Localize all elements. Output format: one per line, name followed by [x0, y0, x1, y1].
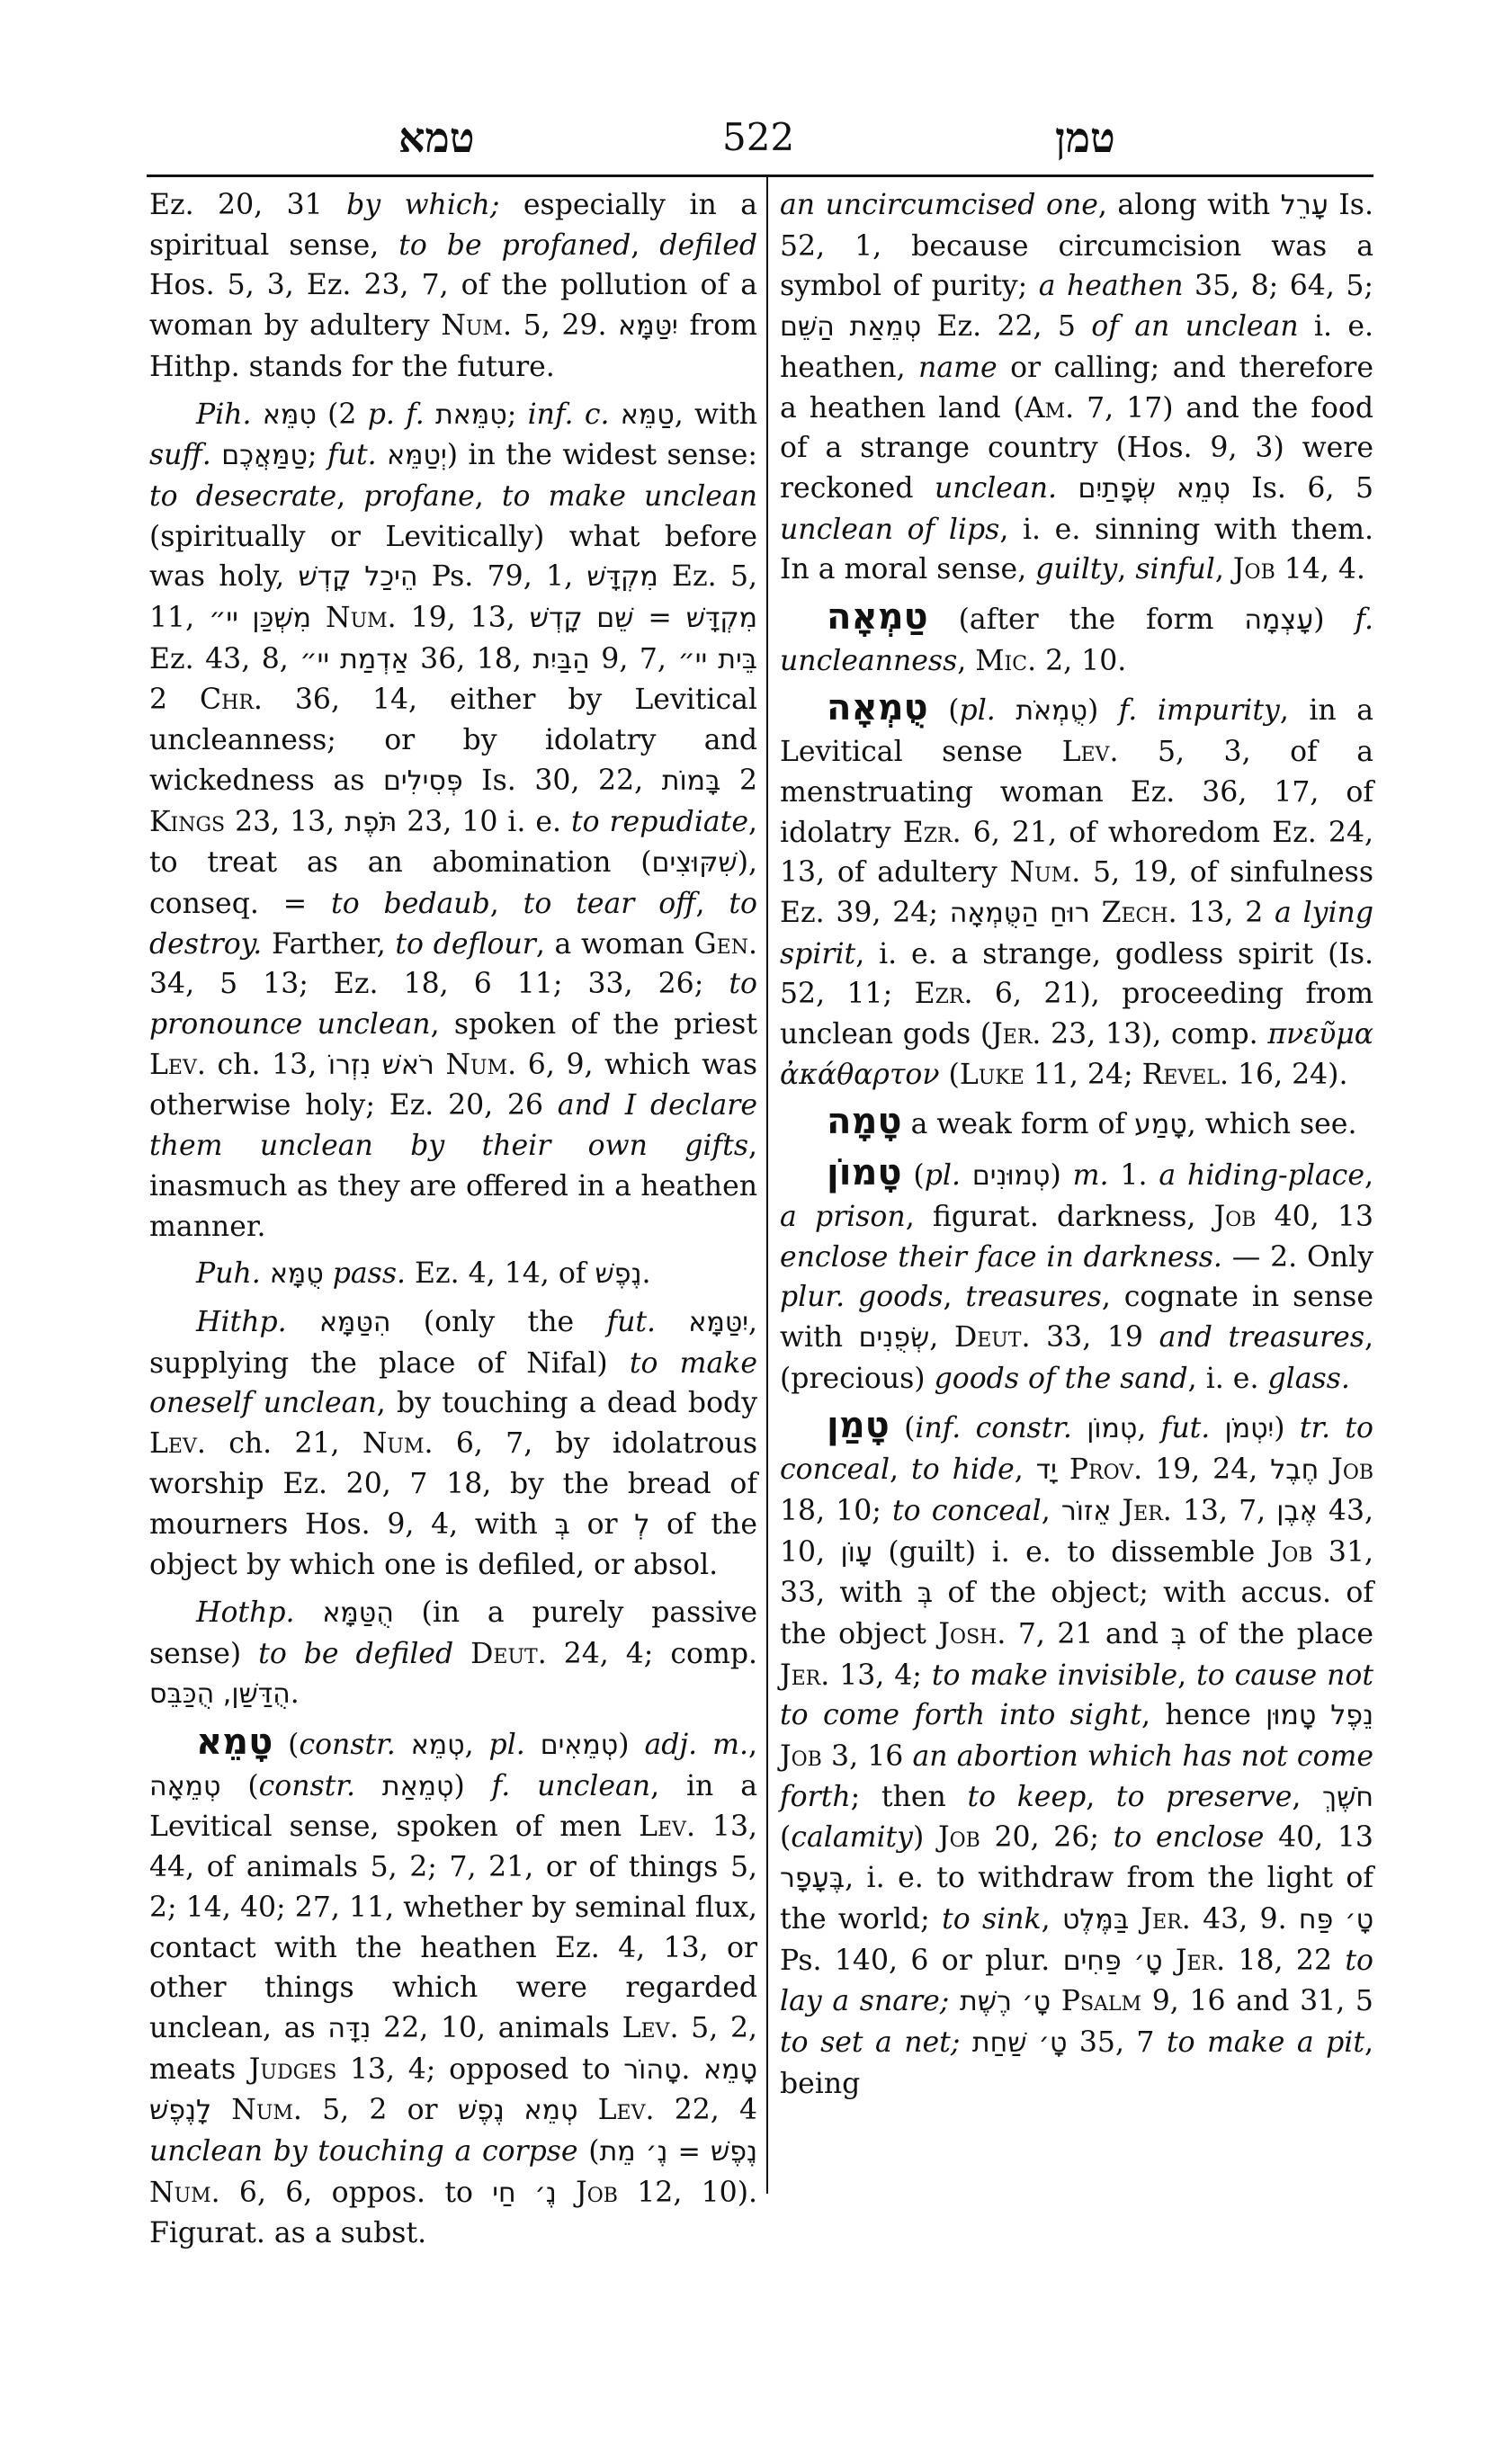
body-text: 23, 13, — [225, 806, 344, 838]
book-reference: Job — [1214, 1201, 1257, 1233]
column-divider — [766, 177, 768, 2194]
hebrew-term: טְמוֹן — [1087, 1413, 1137, 1444]
body-text: ( — [220, 1770, 258, 1802]
italic-gloss: and treasures — [1159, 1321, 1364, 1354]
italic-gloss: to repudiate — [571, 806, 748, 838]
italic-gloss: plur. goods — [780, 1281, 943, 1313]
book-reference: Jer — [991, 1018, 1032, 1051]
italic-gloss: by which; — [346, 189, 499, 221]
body-text — [1057, 1453, 1069, 1486]
body-text: ) — [1087, 694, 1119, 727]
body-text — [1057, 472, 1078, 505]
body-text — [425, 398, 435, 431]
hebrew-term: טַמַּאֲכֶם — [221, 440, 308, 471]
italic-gloss: Hothp. — [196, 1596, 295, 1629]
body-text: Ez. 4, 14, of — [406, 1257, 595, 1290]
italic-gloss: treasures — [965, 1281, 1101, 1313]
body-text: . 43, 9. — [1182, 1903, 1299, 1936]
body-text: Is. 30, 22, — [463, 765, 662, 797]
italic-gloss: to deflour — [395, 928, 535, 961]
book-reference: Revel — [1142, 1059, 1220, 1091]
hebrew-term: טִמֵּא — [263, 399, 317, 431]
italic-gloss: unclean. — [935, 472, 1057, 505]
italic-gloss: f. unclean — [492, 1770, 650, 1802]
hebrew-term: בֵּית יי״ — [677, 644, 757, 675]
headword-hebrew: טָמֵא — [196, 1721, 273, 1763]
book-reference: Num — [1010, 856, 1072, 889]
italic-gloss: to sink — [942, 1903, 1042, 1936]
book-reference: Num — [149, 2177, 211, 2209]
hebrew-term: פְּסִילִים — [383, 765, 463, 797]
italic-gloss: to be defiled — [258, 1638, 453, 1670]
headword-hebrew: טָמוֹן — [827, 1152, 902, 1194]
italic-gloss: to make unclean — [502, 480, 757, 513]
book-reference: Josh — [938, 1618, 997, 1650]
body-text: . 16, 24). — [1220, 1059, 1348, 1091]
body-text: 40, 13 — [1264, 1821, 1373, 1854]
italic-gloss: Hithp. — [196, 1306, 287, 1338]
hebrew-term: מִקְדָּשׁ — [686, 603, 757, 634]
italic-gloss: inf. c. — [528, 398, 610, 431]
body-text — [355, 1770, 382, 1802]
body-text — [261, 1257, 270, 1290]
book-reference: Num — [326, 602, 388, 634]
body-text: , — [1042, 1903, 1062, 1936]
body-text: . ch. 13, — [197, 1049, 328, 1081]
body-text — [311, 602, 326, 634]
book-reference: Num — [362, 1427, 425, 1460]
italic-gloss: to tear off — [523, 888, 696, 920]
body-text: , — [336, 480, 363, 513]
italic-gloss: a prison — [780, 1201, 906, 1233]
hebrew-term: יִטַּמָּא — [688, 1307, 748, 1338]
book-reference: Job — [1271, 1536, 1313, 1569]
book-reference: Lev — [598, 2094, 646, 2126]
body-text: Ps. 79, 1, — [417, 560, 586, 593]
hebrew-term: טְמֵא שְׂפָתַיִם — [1078, 473, 1230, 505]
body-text: . 22, 4 — [646, 2094, 758, 2126]
book-reference: Num — [441, 309, 503, 342]
book-reference: Deut — [954, 1321, 1022, 1354]
body-text: , — [1137, 1412, 1160, 1444]
italic-gloss: to make invisible — [932, 1659, 1177, 1692]
italic-gloss: to keep — [967, 1781, 1086, 1813]
italic-gloss: to bedaub — [331, 888, 490, 920]
body-text: Ez. 43, 8, — [149, 643, 300, 675]
hebrew-term: הֻדַּשַּׁן, הֻכַּבֵּס — [149, 1678, 291, 1710]
body-text — [211, 439, 221, 471]
body-text: 2 — [149, 684, 200, 716]
dictionary-entry-paragraph: טָמַן (inf. constr. טְמוֹן, fut. יִטְמֹן… — [780, 1406, 1373, 2104]
italic-gloss: unclean of lips — [780, 514, 999, 546]
body-text: , — [465, 1729, 489, 1761]
hebrew-term: טִמֵּאת — [435, 399, 507, 431]
dictionary-entry-paragraph: Hithp. הִטַּמָּא (only the fut. יִטַּמָּ… — [149, 1302, 757, 1586]
body-text: — 2. Only — [1222, 1241, 1373, 1274]
body-text: 1. — [1109, 1159, 1159, 1192]
headword-hebrew: טַמְאָה — [827, 596, 928, 638]
italic-gloss: unclean by touching a corpse — [149, 2135, 578, 2168]
hebrew-term: טְמֵאַת — [382, 1771, 454, 1802]
body-text — [949, 1985, 960, 2017]
italic-gloss: defiled — [659, 229, 757, 262]
body-text — [656, 1306, 688, 1338]
hebrew-term: שִׁקּוּצִים — [652, 847, 738, 879]
body-text — [1210, 1412, 1224, 1444]
italic-gloss: fut. — [606, 1306, 656, 1338]
body-text: , with — [675, 398, 757, 431]
italic-gloss: name — [918, 352, 998, 384]
body-text: 20, 26; — [980, 1821, 1114, 1854]
hebrew-term: תֹּפֶת — [344, 807, 397, 838]
headword-hebrew: טָמַן — [827, 1405, 890, 1446]
hebrew-term: טָמַע — [1134, 1109, 1187, 1140]
book-reference: Job — [938, 1821, 980, 1854]
body-text: ( — [578, 2135, 600, 2168]
body-text: 22, 10, animals — [371, 2012, 622, 2044]
body-text: (only the — [390, 1306, 606, 1338]
italic-gloss: profane — [363, 480, 475, 513]
book-reference: Lev — [622, 2012, 670, 2044]
body-text: , along with — [1098, 189, 1281, 221]
italic-gloss: pl. — [960, 694, 996, 727]
body-text: . 6, 6, oppos. to — [211, 2177, 493, 2209]
body-text: . 13, 2 — [1168, 897, 1275, 929]
body-text — [287, 1306, 319, 1338]
book-reference: Job — [1331, 1453, 1373, 1486]
italic-gloss: pl. — [925, 1159, 961, 1192]
book-reference: Lev — [1062, 736, 1110, 768]
book-reference: Luke — [960, 1059, 1024, 1091]
body-text: 9, 16 and 31, 5 — [1141, 1985, 1373, 2017]
hebrew-term: נִדָּה — [327, 2013, 371, 2044]
hebrew-term: טְמוּנִים — [972, 1160, 1051, 1192]
body-text: ; — [507, 398, 528, 431]
hebrew-term: רֹאשׁ נִזְרוֹ — [328, 1050, 434, 1081]
body-text: , — [631, 229, 659, 262]
body-text: , — [929, 1321, 954, 1354]
body-text: , — [1042, 1495, 1061, 1527]
hebrew-term: טַמֵּא — [621, 399, 675, 431]
hebrew-term: נֶ׳ חַי — [492, 2177, 557, 2209]
italic-gloss: of an unclean — [1091, 310, 1298, 343]
book-reference: Jer — [1176, 1945, 1216, 1977]
hebrew-term: בְּ — [555, 1509, 570, 1541]
body-text: , — [1015, 1453, 1036, 1486]
hebrew-term: נֶפֶשׁ = נֶ׳ מֵת — [600, 2136, 757, 2168]
hebrew-term: חֹשֶׁךְ — [1322, 1782, 1373, 1813]
hebrew-term: אֵזוֹר — [1061, 1496, 1112, 1527]
book-reference: Jer — [1123, 1495, 1163, 1527]
italic-gloss: pl. — [489, 1729, 525, 1761]
italic-gloss: p. f. — [368, 398, 425, 431]
body-text: 9, 7, — [590, 643, 678, 675]
body-text: ( — [902, 1159, 925, 1192]
italic-gloss: to hide — [911, 1453, 1015, 1486]
headword-hebrew: טֻמְאָה — [827, 687, 928, 729]
italic-gloss: calamity — [791, 1821, 913, 1854]
body-text: 35, 7 — [1067, 2026, 1167, 2059]
book-reference: Zech — [1102, 897, 1168, 929]
book-reference: Job — [780, 1740, 822, 1773]
italic-gloss: enclose their face in darkness. — [780, 1241, 1222, 1274]
italic-gloss: suff. — [149, 439, 211, 471]
italic-gloss: Pih. — [196, 398, 252, 431]
body-text: 23, 10 i. e. — [397, 806, 571, 838]
body-text: , figurat. darkness, — [906, 1201, 1214, 1233]
header-left-catchword: טמא — [398, 115, 475, 160]
body-text: . 7, 21 and — [997, 1618, 1170, 1650]
book-reference: Gen — [694, 928, 748, 961]
body-text: . — [291, 1677, 300, 1710]
book-reference: Prov — [1069, 1453, 1133, 1486]
dictionary-entry-paragraph: טָמָה a weak form of טָמַע, which see. — [780, 1102, 1373, 1146]
body-text — [609, 398, 620, 431]
body-text: . 19, 13, — [388, 602, 530, 634]
body-text: ) — [453, 1770, 491, 1802]
italic-gloss: pass. — [333, 1257, 406, 1290]
italic-gloss: to enclose — [1114, 1821, 1265, 1854]
hebrew-term: בַּמֶּלֶט — [1062, 1904, 1129, 1936]
book-reference: Ezr — [903, 817, 953, 849]
body-text: . 33, 19 — [1021, 1321, 1159, 1354]
italic-gloss: to be profaned — [398, 229, 631, 262]
body-text: (guilt) i. e. to dissemble — [872, 1536, 1271, 1569]
hebrew-term: טְמֵאָה — [149, 1771, 220, 1802]
body-text — [961, 1159, 972, 1192]
book-reference: Num — [445, 1049, 507, 1081]
hebrew-term: שֵׁם קָדְשׁ — [530, 603, 634, 634]
hebrew-term: טָ׳ שַׁחַת — [972, 2027, 1067, 2059]
hebrew-term: בֶּעָפָר — [780, 1863, 845, 1894]
italic-gloss: to conceal — [892, 1495, 1042, 1527]
body-text: ( — [273, 1729, 299, 1761]
hebrew-term: אֶבֶן — [1276, 1496, 1318, 1527]
dictionary-entry-paragraph: Hothp. הֻטַּמָּא (in a purely passive se… — [149, 1593, 757, 1715]
headword-hebrew: טָמָה — [827, 1101, 902, 1142]
hebrew-term: עָוֹן — [841, 1537, 872, 1569]
italic-gloss: goods of the sand — [935, 1363, 1188, 1395]
italic-gloss: constr. — [299, 1729, 395, 1761]
body-text: , — [890, 1453, 911, 1486]
dictionary-entry-paragraph: טָמֵא (constr. טְמֵא, pl. טְמֵאִים) adj.… — [149, 1722, 757, 2254]
body-text: ) — [1274, 1412, 1300, 1444]
italic-gloss: to preserve — [1116, 1781, 1292, 1813]
body-text: . 23, 13), comp. — [1032, 1018, 1267, 1051]
body-text — [396, 1729, 411, 1761]
hebrew-term: מִקְדָּשׁ — [586, 561, 658, 593]
hebrew-term: שְׂפֻנִים — [859, 1322, 930, 1354]
italic-gloss: inf. constr. — [915, 1412, 1072, 1444]
body-text: ) — [1313, 604, 1355, 636]
body-text: , — [1215, 553, 1233, 586]
body-text: Ez. 22, 5 — [921, 310, 1091, 343]
body-text: . 19, 24, — [1133, 1453, 1270, 1486]
body-text — [1111, 1495, 1122, 1527]
body-text — [960, 2026, 971, 2059]
book-reference: Num — [231, 2094, 293, 2126]
book-reference: Ezr — [915, 978, 964, 1010]
dictionary-entry-paragraph: Ez. 20, 31 by which; especially in a spi… — [149, 185, 757, 388]
body-text: 11, 24; — [1024, 1059, 1142, 1091]
book-reference: Lev — [639, 1811, 686, 1843]
body-text: , — [1292, 1781, 1322, 1813]
body-text — [377, 439, 387, 471]
hebrew-term: הַבַּיִת — [532, 644, 589, 675]
body-text — [211, 2094, 231, 2126]
body-text: , — [1117, 553, 1135, 586]
body-text — [1319, 1453, 1331, 1486]
body-text: , which see. — [1187, 1108, 1357, 1140]
body-text: Farther, — [262, 928, 395, 961]
body-text: Ps. 140, 6 or plur. — [780, 1945, 1063, 1977]
italic-gloss: to set a net; — [780, 2026, 960, 2059]
body-text: ) — [1051, 1159, 1073, 1192]
body-text: . 5, 2 or — [293, 2094, 458, 2126]
italic-gloss: guilty — [1035, 553, 1117, 586]
italic-gloss: m. — [1073, 1159, 1109, 1192]
body-text: a weak form of — [902, 1108, 1135, 1140]
hebrew-term: נֵפֶל טָמוּן — [1266, 1700, 1373, 1731]
body-text: 2 — [720, 765, 757, 797]
book-reference: Lev — [149, 1049, 197, 1081]
body-text: ( — [780, 1821, 791, 1854]
italic-gloss: glass. — [1267, 1363, 1349, 1395]
italic-gloss: sinful — [1135, 553, 1215, 586]
hebrew-term: טָ׳ רֶשֶׁת — [960, 1986, 1051, 2017]
body-text — [996, 694, 1016, 727]
body-text: . 5, 29. — [503, 309, 618, 342]
book-reference: Am — [1024, 392, 1065, 425]
body-text: , — [957, 645, 975, 677]
hebrew-term: הֻטַּמָּא — [322, 1597, 393, 1629]
body-text — [324, 1257, 333, 1290]
body-text: ( — [890, 1412, 916, 1444]
book-reference: Job — [576, 2177, 618, 2209]
body-text: , — [1086, 1781, 1116, 1813]
hebrew-term: טְמֵא — [411, 1730, 465, 1761]
body-text: . 2, 10. — [1027, 645, 1126, 677]
body-text — [557, 2177, 576, 2209]
body-text: , — [1364, 1159, 1373, 1192]
dictionary-entry-paragraph: Puh. טֻמָּא pass. Ez. 4, 14, of נֶפֶשׁ. — [149, 1254, 757, 1295]
hebrew-term: נֶפֶשׁ — [595, 1258, 641, 1290]
italic-gloss: adj. m. — [644, 1729, 748, 1761]
dictionary-entry-paragraph: טָמוֹן (pl. טְמוּנִים) m. 1. a hiding-pl… — [780, 1153, 1373, 1399]
italic-gloss: a hiding-place — [1159, 1159, 1364, 1192]
body-text: , — [490, 888, 523, 920]
body-text: Ez. 20, 31 — [149, 189, 346, 221]
hebrew-term: בְּ — [1171, 1619, 1186, 1650]
hebrew-term: הֵיכַל קָדְשׁ — [299, 561, 418, 593]
hebrew-term: טְמֵאִים — [541, 1730, 619, 1761]
body-text: . 24, 4; comp. — [538, 1638, 757, 1670]
hebrew-term: טֻמָּא — [270, 1258, 324, 1290]
italic-gloss: Puh. — [196, 1257, 261, 1290]
dictionary-entry-paragraph: Pih. טִמֵּא (2 p. f. טִמֵּאת; inf. c. טַ… — [149, 395, 757, 1247]
body-text: of the place — [1186, 1618, 1373, 1650]
hebrew-term: טֻמְאֹת — [1015, 695, 1087, 727]
body-text: . — [681, 2053, 703, 2086]
italic-gloss: f. impurity — [1119, 694, 1280, 727]
italic-gloss: to make a pit — [1167, 2026, 1364, 2059]
hebrew-term: עָצְמָה — [1244, 604, 1313, 636]
body-text: ) — [913, 1821, 938, 1854]
body-text: ) in the widest sense: — [447, 439, 757, 471]
italic-gloss: to desecrate — [149, 480, 336, 513]
book-reference: Lev — [149, 1427, 197, 1460]
right-column: an uncircumcised one, along with עָרֵל I… — [780, 185, 1373, 2111]
body-text — [1162, 1945, 1175, 1977]
body-text: 14, 4. — [1275, 553, 1365, 586]
body-text — [1051, 1985, 1061, 2017]
body-text — [252, 398, 263, 431]
book-reference: Psalm — [1061, 1985, 1141, 2017]
book-reference: Mic — [975, 645, 1027, 677]
body-text: = — [633, 602, 685, 634]
hebrew-term: טְמֵאַת הַשֵּׁם — [780, 311, 921, 343]
hebrew-term: יְטַמֵּא — [387, 440, 447, 471]
body-text: , — [475, 480, 502, 513]
dictionary-entry-paragraph: טַמְאָה (after the form עָצְמָה) f. uncl… — [780, 597, 1373, 681]
book-reference: Kings — [149, 806, 225, 838]
body-text: . 13, 7, — [1163, 1495, 1276, 1527]
book-reference: Chr — [200, 684, 254, 716]
hebrew-term: רוּחַ הַטֻּמְאָה — [950, 898, 1090, 929]
body-text — [1072, 1412, 1087, 1444]
body-text: (after the form — [928, 604, 1245, 636]
body-text: , — [748, 1729, 757, 1761]
body-text: or — [570, 1508, 634, 1541]
header-rule — [147, 174, 1373, 177]
body-text: ; — [308, 439, 327, 471]
hebrew-term: יִטְמֹן — [1225, 1413, 1275, 1444]
hebrew-term: טָ׳ פַּח — [1299, 1904, 1373, 1936]
body-text — [1090, 897, 1102, 929]
body-text: . 13, 4; — [820, 1659, 932, 1692]
hebrew-term: לְ — [634, 1509, 649, 1541]
body-text: 40, 13 — [1256, 1201, 1373, 1233]
hebrew-term: טָהוֹר — [623, 2054, 681, 2086]
body-text: 35, 8; 64, 5; — [1184, 270, 1373, 302]
page-number: 522 — [722, 115, 794, 160]
page-header: טמא 522 טמן — [147, 106, 1373, 169]
book-reference: Job — [1233, 553, 1275, 586]
hebrew-term: בְּ — [917, 1578, 933, 1609]
hebrew-term: טְמֵא נֶפֶשׁ — [458, 2095, 578, 2126]
italic-gloss: fut. — [1161, 1412, 1211, 1444]
body-text: , — [943, 1281, 965, 1313]
body-text: , by touching a dead body — [377, 1387, 757, 1419]
book-reference: Deut — [470, 1638, 538, 1670]
italic-gloss: constr. — [259, 1770, 355, 1802]
hebrew-term: עָרֵל — [1281, 190, 1329, 221]
body-text — [577, 2094, 597, 2126]
body-text: (2 — [317, 398, 368, 431]
body-text: ( — [928, 694, 960, 727]
body-text: , i. e. — [1188, 1363, 1268, 1395]
body-text: , spoken of the priest — [431, 1008, 757, 1041]
body-text: ; then — [851, 1781, 968, 1813]
dictionary-entry-paragraph: an uncircumcised one, along with עָרֵל I… — [780, 185, 1373, 590]
hebrew-term: אַדְמַת יי״ — [300, 644, 408, 675]
left-column: Ez. 20, 31 by which; especially in a spi… — [149, 185, 757, 2261]
book-reference: Jer — [1141, 1903, 1182, 1936]
body-text: . ch. 21, — [197, 1427, 362, 1460]
book-reference: Jer — [780, 1659, 820, 1692]
hebrew-term: חֶבֶל — [1270, 1454, 1319, 1486]
italic-gloss: fut. — [327, 439, 377, 471]
